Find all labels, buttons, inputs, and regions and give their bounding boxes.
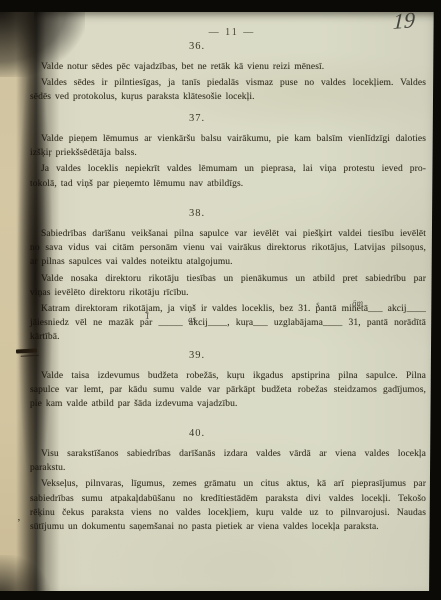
text-line: parakstu. xyxy=(30,461,426,475)
text-line: viņas ievēlēto direktoru rikotāju rīcību… xyxy=(30,286,426,300)
text-line: Sabiedrības darīšanu veikšanai pilna sap… xyxy=(30,227,426,241)
section-number: 38. xyxy=(30,207,364,220)
stray-ink-mark: ’ xyxy=(17,517,21,529)
book-scan: — 11 — 19 36.Valde notur sēdes pēc vajad… xyxy=(0,0,441,600)
text-line: Valdes sēdes ir pilntiesīgas, ja tanīs p… xyxy=(30,76,426,90)
text-line: sapulce var lemt, par kādu sumu valde va… xyxy=(30,383,426,397)
statute-section: 36.Valde notur sēdes pēc vajadzības, bet… xyxy=(30,40,426,105)
text-line: izšķiŗ priekšsēdētāja balss. xyxy=(30,146,426,160)
text-line: kārtībā. xyxy=(30,330,426,344)
paragraph: Valde nosaka direktoru rikotāju tiesības… xyxy=(30,272,426,300)
section-number: 37. xyxy=(30,112,364,125)
text-line: ar pilnas sapulces vai valdes noteiktu a… xyxy=(30,255,426,269)
handwritten-insertion: ām xyxy=(352,298,364,309)
sections: 36.Valde notur sēdes pēc vajadzības, bet… xyxy=(30,0,426,600)
statute-section: 38.Sabiedrības darīšanu veikšanai pilna … xyxy=(30,207,426,345)
text-line: Valde taisa izdevumus budžeta robežās, k… xyxy=(30,369,426,383)
paragraph: Valdes sēdes ir pilntiesīgas, ja tanīs p… xyxy=(30,76,426,104)
text-line: pie kam valde atbild par šāda izdevuma v… xyxy=(30,397,426,411)
text-line: jāiesniedz vēl ne mazāk par _____ akcij_… xyxy=(30,316,426,330)
paragraph: Vekseļus, pilnvaras, līgumus, zemes grām… xyxy=(30,477,426,534)
text-line: Valde nosaka direktoru rikotāju tiesības… xyxy=(30,272,426,286)
paragraph: Valde notur sēdes pēc vajadzības, bet ne… xyxy=(30,60,426,74)
text-line: Vekseļus, pilnvaras, līgumus, zemes grām… xyxy=(30,477,426,491)
text-line: Ja valdes loceklis nepiekrīt valdes lēmu… xyxy=(30,162,426,176)
paragraph: Katram direktoram rikotājam, ja viņš ir … xyxy=(30,302,426,345)
paragraph: Sabiedrības darīšanu veikšanai pilna sap… xyxy=(30,227,426,270)
scan-top-edge xyxy=(0,0,441,12)
text-line: tokolā, tad viņš par pieņemto lēmumu nav… xyxy=(30,177,426,191)
text-line: Valde pieņem lēmumus ar vienkāršu balsu … xyxy=(30,132,426,146)
text-line: Visu sarakstīšanos sabiedrības darīšanās… xyxy=(30,447,426,461)
scan-bottom-edge xyxy=(0,591,441,600)
paragraph: Valde pieņem lēmumus ar vienkāršu balsu … xyxy=(30,132,426,160)
text-line: Valde notur sēdes pēc vajadzības, bet ne… xyxy=(30,60,426,74)
handwritten-insertion: as xyxy=(188,314,197,325)
statute-section: 39.Valde taisa izdevumus budžeta robežās… xyxy=(30,349,426,412)
handwritten-insertion: s xyxy=(316,299,320,309)
section-number: 40. xyxy=(30,427,364,440)
text-line: rēķinu čekus paraksta viens no valdes lo… xyxy=(30,506,426,520)
text-line: sabiedrības sumu atpakaļdabūšanu no kred… xyxy=(30,492,426,506)
text-line: Katram direktoram rikotājam, ja viņš ir … xyxy=(30,302,426,316)
section-number: 39. xyxy=(30,349,364,362)
paragraph: Ja valdes loceklis nepiekrīt valdes lēmu… xyxy=(30,162,426,190)
text-line: no sava vidus vai citām personām vienu v… xyxy=(30,241,426,255)
text-line: sūtījumu un dokumentu saņemšanai no past… xyxy=(30,520,426,534)
statute-section: 40.Visu sarakstīšanos sabiedrības darīša… xyxy=(30,427,426,534)
paragraph: Visu sarakstīšanos sabiedrības darīšanās… xyxy=(30,447,426,475)
handwritten-insertion: 1 xyxy=(145,311,151,322)
statute-section: 37.Valde pieņem lēmumus ar vienkāršu bal… xyxy=(30,112,426,191)
text-line: sēdēs ved protokolus, kuŗus paraksta klā… xyxy=(30,90,426,104)
paragraph: Valde taisa izdevumus budžeta robežās, k… xyxy=(30,369,426,412)
section-number: 36. xyxy=(30,40,364,53)
